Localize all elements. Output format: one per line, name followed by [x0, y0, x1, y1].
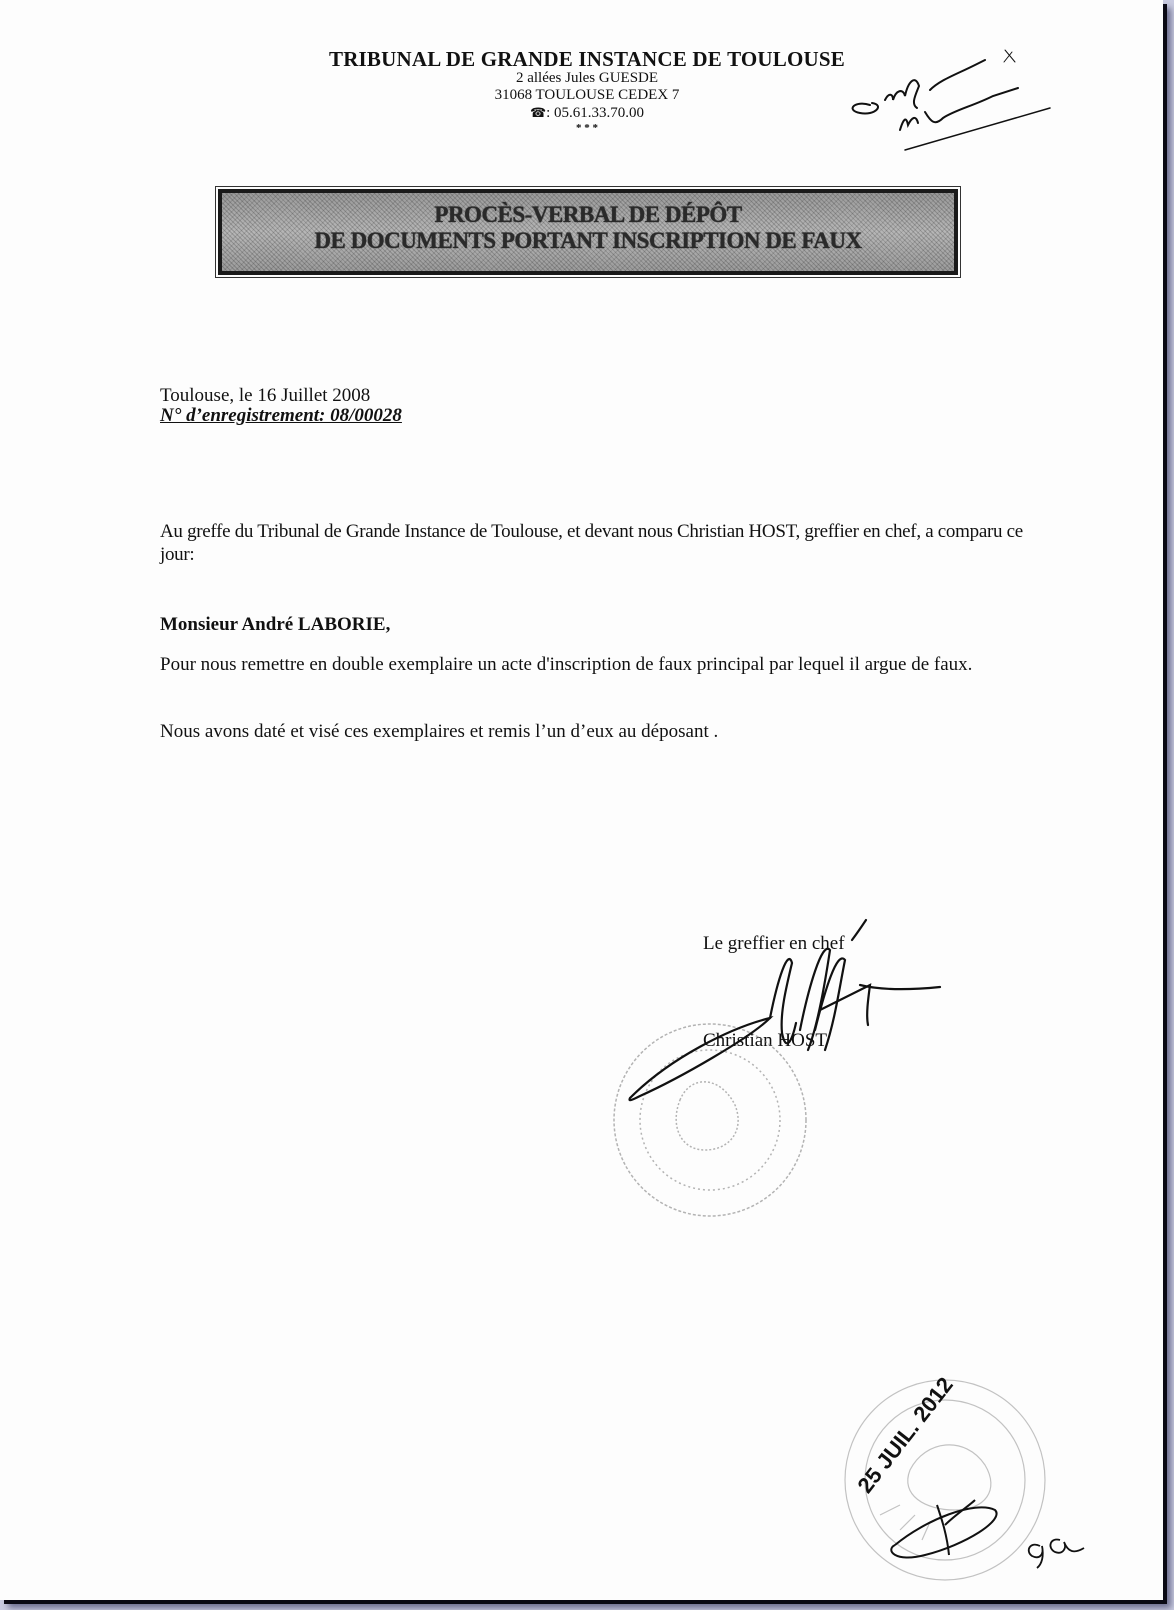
dateline: Toulouse, le 16 Juillet 2008: [160, 385, 370, 407]
signatory-title: Le greffier en chef: [703, 933, 845, 955]
signatory-name: Christian HOST: [703, 1030, 827, 1052]
phone-line: ☎: 05.61.33.70.00: [0, 104, 1174, 122]
separator: * * *: [0, 122, 1174, 134]
paragraph-purpose: Pour nous remettre en double exemplaire …: [160, 653, 1030, 676]
letterhead: TRIBUNAL DE GRANDE INSTANCE DE TOULOUSE …: [0, 48, 1174, 134]
address-line-2: 31068 TOULOUSE CEDEX 7: [0, 87, 1174, 104]
paragraph-receipt: Nous avons daté et visé ces exemplaires …: [160, 720, 1030, 743]
court-name: TRIBUNAL DE GRANDE INSTANCE DE TOULOUSE: [0, 48, 1174, 70]
telephone-icon: ☎: [530, 105, 546, 120]
document-page: TRIBUNAL DE GRANDE INSTANCE DE TOULOUSE …: [0, 0, 1163, 1600]
address-line-1: 2 allées Jules GUESDE: [0, 70, 1174, 87]
registration-number: N° d’enregistrement: 08/00028: [160, 405, 402, 427]
phone-number: : 05.61.33.70.00: [546, 105, 644, 121]
paragraph-appearance: Au greffe du Tribunal de Grande Instance…: [160, 520, 1030, 566]
title-line-2: DE DOCUMENTS PORTANT INSCRIPTION DE FAUX: [222, 228, 954, 254]
person-name: Monsieur André LABORIE,: [160, 613, 1030, 636]
title-line-1: PROCÈS-VERBAL DE DÉPÔT: [222, 202, 954, 228]
title-banner: PROCÈS-VERBAL DE DÉPÔT DE DOCUMENTS PORT…: [218, 189, 958, 275]
